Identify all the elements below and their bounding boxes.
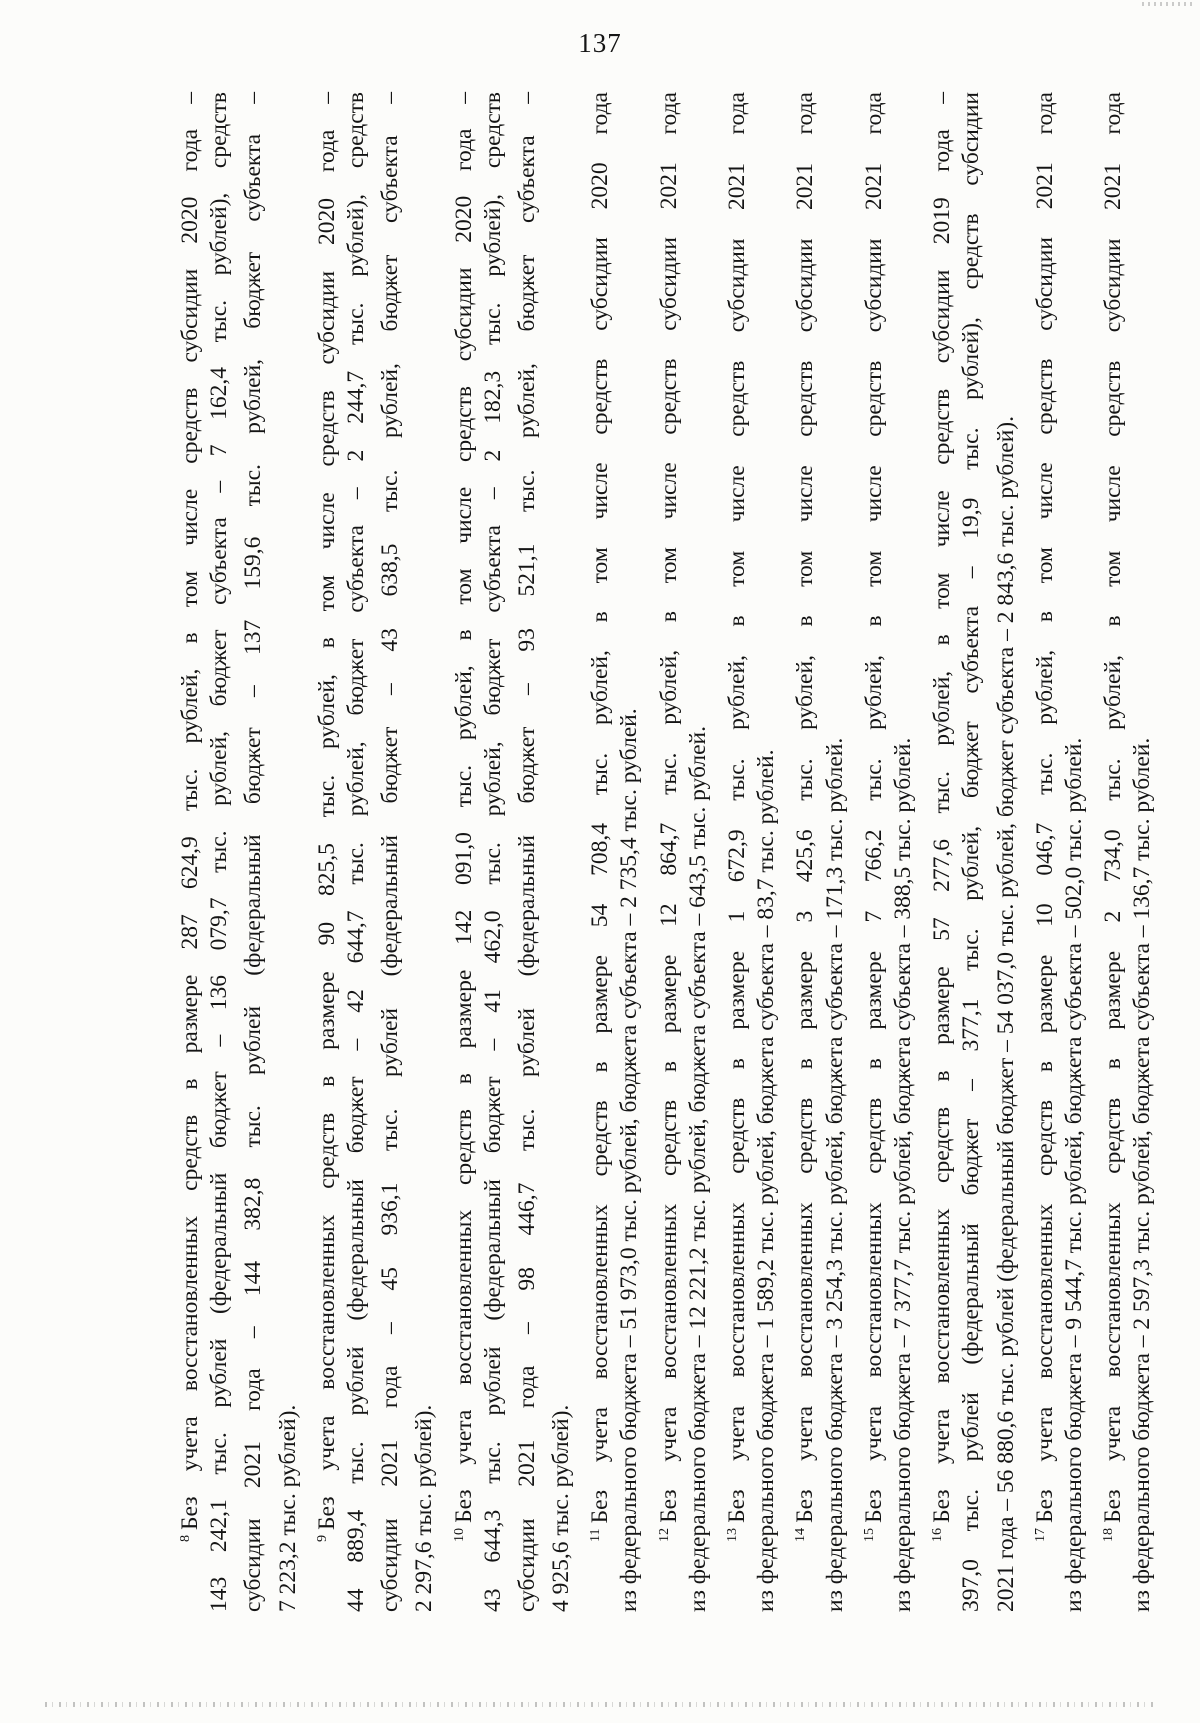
footnote-line: 18Без учета восстановленных средств в ра…: [1091, 92, 1125, 1612]
footnote-line-text: 7 223,2 тыс. рублей).: [275, 1405, 301, 1612]
footnote-line-text: из федерального бюджета – 51 973,0 тыс. …: [616, 708, 642, 1612]
footnote-line: 12Без учета восстановленных средств в ра…: [647, 92, 681, 1612]
footnote-marker: 13: [715, 1528, 749, 1542]
footnote-line: из федерального бюджета – 51 973,0 тыс. …: [612, 92, 646, 1612]
footnote-marker: 17: [1023, 1528, 1057, 1542]
footnote-line-text: из федерального бюджета – 1 589,2 тыс. р…: [753, 750, 779, 1612]
footnote-line-text: Без учета восстановленных средств в разм…: [1031, 92, 1057, 1523]
footnote-line: 44 889,4 тыс. рублей (федеральный бюджет…: [339, 92, 373, 1612]
footnote-line-text: из федерального бюджета – 12 221,2 тыс. …: [685, 726, 711, 1612]
page-number: 137: [0, 28, 1200, 59]
footnote-line-text: 2021 года – 56 880,6 тыс. рублей (федера…: [993, 416, 1019, 1612]
footnote-line-text: Без учета восстановленных средств в разм…: [861, 92, 887, 1523]
footnote-line-text: из федерального бюджета – 9 544,7 тыс. р…: [1061, 738, 1087, 1612]
scan-artifact: [1142, 2, 1194, 6]
footnote-line: 14Без учета восстановленных средств в ра…: [783, 92, 817, 1612]
footnote-marker: 14: [783, 1528, 817, 1542]
footnote-line-text: Без учета восстановленных средств в разм…: [1100, 92, 1126, 1523]
footnote-line-text: 2 297,6 тыс. рублей).: [411, 1405, 437, 1612]
footnote-line: 7 223,2 тыс. рублей).: [271, 92, 305, 1612]
footnote-line: из федерального бюджета – 2 597,3 тыс. р…: [1125, 92, 1159, 1612]
footnote-line-text: субсидии 2021 года – 45 936,1 тыс. рубле…: [377, 92, 403, 1612]
document-page: 137 8Без учета восстановленных средств в…: [0, 0, 1200, 1723]
footnote-line: 143 242,1 тыс. рублей (федеральный бюдже…: [202, 92, 236, 1612]
footnote-line-text: из федерального бюджета – 3 254,3 тыс. р…: [822, 738, 848, 1612]
footnote-line-text: Без учета восстановленных средств в разм…: [929, 92, 955, 1523]
footnote-line-text: 143 242,1 тыс. рублей (федеральный бюдже…: [206, 92, 232, 1612]
footnote-line-text: из федерального бюджета – 2 597,3 тыс. р…: [1129, 738, 1155, 1612]
footnote-line-text: Без учета восстановленных средств в разм…: [314, 92, 340, 1530]
footnote-marker: 11: [578, 1528, 612, 1542]
footnote-marker: 18: [1091, 1528, 1125, 1542]
footnote-line: 4 925,6 тыс. рублей).: [544, 92, 578, 1612]
footnote-line-text: 43 644,3 тыс. рублей (федеральный бюджет…: [480, 92, 506, 1612]
footnote-line-text: Без учета восстановленных средств в разм…: [450, 92, 476, 1523]
footnote-line-text: Без учета восстановленных средств в разм…: [792, 92, 818, 1523]
footnote-line-text: Без учета восстановленных средств в разм…: [587, 92, 613, 1523]
footnote-line-text: 397,0 тыс. рублей (федеральный бюджет – …: [958, 92, 984, 1612]
footnote-line-text: Без учета восстановленных средств в разм…: [724, 92, 750, 1523]
footnote-line: субсидии 2021 года – 144 382,8 тыс. рубл…: [236, 92, 270, 1612]
footnote-marker: 12: [647, 1528, 681, 1542]
footnote-line: 2 297,6 тыс. рублей).: [407, 92, 441, 1612]
footnote-line: субсидии 2021 года – 98 446,7 тыс. рубле…: [510, 92, 544, 1612]
footnote-line: 13Без учета восстановленных средств в ра…: [715, 92, 749, 1612]
footnote-line: 11Без учета восстановленных средств в ра…: [578, 92, 612, 1612]
footnote-line: 43 644,3 тыс. рублей (федеральный бюджет…: [476, 92, 510, 1612]
footnote-line-text: из федерального бюджета – 7 377,7 тыс. р…: [890, 738, 916, 1612]
footnote-line: 16Без учета восстановленных средств в ра…: [920, 92, 954, 1612]
footnote-line-text: субсидии 2021 года – 144 382,8 тыс. рубл…: [240, 92, 266, 1612]
footnote-line: из федерального бюджета – 3 254,3 тыс. р…: [818, 92, 852, 1612]
footnote-line-text: Без учета восстановленных средств в разм…: [177, 92, 203, 1530]
footnote-marker: 10: [442, 1528, 476, 1542]
footnote-line: из федерального бюджета – 9 544,7 тыс. р…: [1057, 92, 1091, 1612]
footnote-marker: 9: [305, 1535, 339, 1542]
scan-artifact: [45, 1702, 1155, 1707]
footnote-line-text: 4 925,6 тыс. рублей).: [548, 1405, 574, 1612]
footnote-line: 15Без учета восстановленных средств в ра…: [852, 92, 886, 1612]
footnote-marker: 8: [168, 1535, 202, 1542]
footnote-line: 397,0 тыс. рублей (федеральный бюджет – …: [954, 92, 988, 1612]
footnote-line: 10Без учета восстановленных средств в ра…: [442, 92, 476, 1612]
footnote-line: 17Без учета восстановленных средств в ра…: [1023, 92, 1057, 1612]
footnote-line: из федерального бюджета – 12 221,2 тыс. …: [681, 92, 715, 1612]
footnote-line: 8Без учета восстановленных средств в раз…: [168, 92, 202, 1612]
footnote-line: из федерального бюджета – 7 377,7 тыс. р…: [886, 92, 920, 1612]
footnote-line: 9Без учета восстановленных средств в раз…: [305, 92, 339, 1612]
rotated-text-block: 8Без учета восстановленных средств в раз…: [168, 92, 1162, 1612]
footnote-marker: 15: [852, 1528, 886, 1542]
footnote-line-text: субсидии 2021 года – 98 446,7 тыс. рубле…: [514, 92, 540, 1612]
footnote-marker: 16: [920, 1528, 954, 1542]
footnote-line: субсидии 2021 года – 45 936,1 тыс. рубле…: [373, 92, 407, 1612]
footnote-line-text: 44 889,4 тыс. рублей (федеральный бюджет…: [343, 92, 369, 1612]
footnote-line: 2021 года – 56 880,6 тыс. рублей (федера…: [989, 92, 1023, 1612]
footnote-line: из федерального бюджета – 1 589,2 тыс. р…: [749, 92, 783, 1612]
footnote-line-text: Без учета восстановленных средств в разм…: [655, 92, 681, 1523]
